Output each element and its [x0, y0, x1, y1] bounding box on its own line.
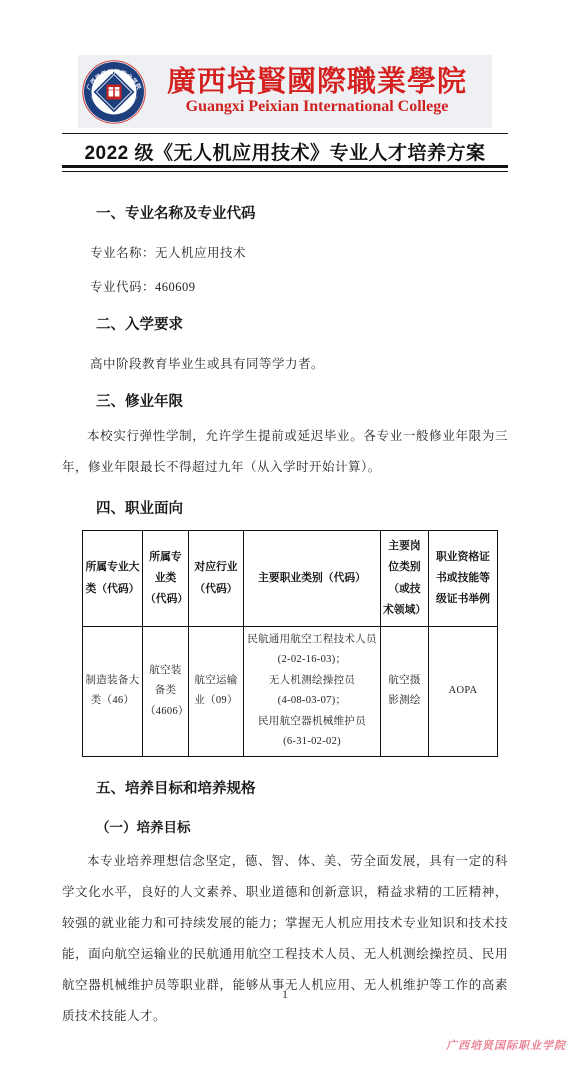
col-header-certificate: 职业资格证书或技能等级证书举例 — [429, 531, 498, 627]
major-name-line: 专业名称：无人机应用技术 — [90, 243, 508, 261]
divider-double — [62, 165, 508, 172]
section-2-heading: 二、入学要求 — [96, 313, 508, 334]
occupation-code: (6-31-02-02) — [246, 732, 378, 752]
document-page: 广西培贤国际职业学院 GUANGXI PEIXIAN INTERNATIONAL… — [0, 0, 570, 1080]
table-header-row: 所属专业大类（代码） 所属专业类（代码） 对应行业（代码） 主要职业类别（代码）… — [83, 531, 498, 627]
col-header-industry: 对应行业（代码） — [189, 531, 244, 627]
major-code-line: 专业代码：460609 — [90, 277, 508, 295]
section-5-subheading: （一）培养目标 — [96, 816, 508, 836]
training-objective-paragraph: 本专业培养理想信念坚定，德、智、体、美、劳全面发展，具有一定的科学文化水平，良好… — [62, 846, 508, 1032]
school-name-chinese: 廣西培賢國際職業學院 — [146, 67, 488, 97]
career-orientation-table: 所属专业大类（代码） 所属专业类（代码） 对应行业（代码） 主要职业类别（代码）… — [82, 530, 498, 757]
school-watermark: 广西培贤国际职业学院 — [446, 1037, 566, 1053]
cell-certificate: AOPA — [429, 627, 498, 757]
section-4-heading: 四、职业面向 — [96, 497, 508, 518]
col-header-major-category: 所属专业大类（代码） — [83, 531, 143, 627]
col-header-major-class: 所属专业类（代码） — [143, 531, 189, 627]
occupation-line: 民航通用航空工程技术人员 — [246, 630, 378, 650]
cell-industry: 航空运输业（09） — [189, 627, 244, 757]
divider-thin — [62, 133, 508, 134]
school-header-banner: 广西培贤国际职业学院 GUANGXI PEIXIAN INTERNATIONAL… — [78, 55, 492, 128]
page-number: 1 — [0, 987, 570, 1002]
cell-major-category: 制造装备大类（46） — [83, 627, 143, 757]
study-period-paragraph: 本校实行弹性学制，允许学生提前或延迟毕业。各专业一般修业年限为三年，修业年限最长… — [62, 421, 508, 483]
occupation-line: 民用航空器机械维护员 — [246, 712, 378, 732]
admission-requirement-line: 高中阶段教育毕业生或具有同等学力者。 — [90, 354, 508, 372]
section-1-heading: 一、专业名称及专业代码 — [96, 202, 508, 223]
col-header-occupation: 主要职业类别（代码） — [244, 531, 381, 627]
table-row: 制造装备大类（46） 航空装备类（4606） 航空运输业（09） 民航通用航空工… — [83, 627, 498, 757]
school-logo-icon: 广西培贤国际职业学院 GUANGXI PEIXIAN INTERNATIONAL… — [82, 60, 146, 124]
cell-post-category: 航空摄影测绘 — [381, 627, 429, 757]
occupation-code: (4-08-03-07)； — [246, 691, 378, 711]
document-body: 一、专业名称及专业代码 专业名称：无人机应用技术 专业代码：460609 二、入… — [62, 176, 508, 1032]
cell-major-class: 航空装备类（4606） — [143, 627, 189, 757]
occupation-line: 无人机测绘操控员 — [246, 671, 378, 691]
document-title: 2022 级《无人机应用技术》专业人才培养方案 — [0, 138, 570, 165]
occupation-code: (2-02-16-03)； — [246, 650, 378, 670]
section-3-heading: 三、修业年限 — [96, 390, 508, 411]
school-name-english: Guangxi Peixian International College — [146, 99, 488, 116]
section-5-heading: 五、培养目标和培养规格 — [96, 777, 508, 798]
cell-occupations: 民航通用航空工程技术人员 (2-02-16-03)； 无人机测绘操控员 (4-0… — [244, 627, 381, 757]
school-names: 廣西培賢國際職業學院 Guangxi Peixian International… — [146, 67, 492, 116]
col-header-post: 主要岗位类别（或技术领域） — [381, 531, 429, 627]
